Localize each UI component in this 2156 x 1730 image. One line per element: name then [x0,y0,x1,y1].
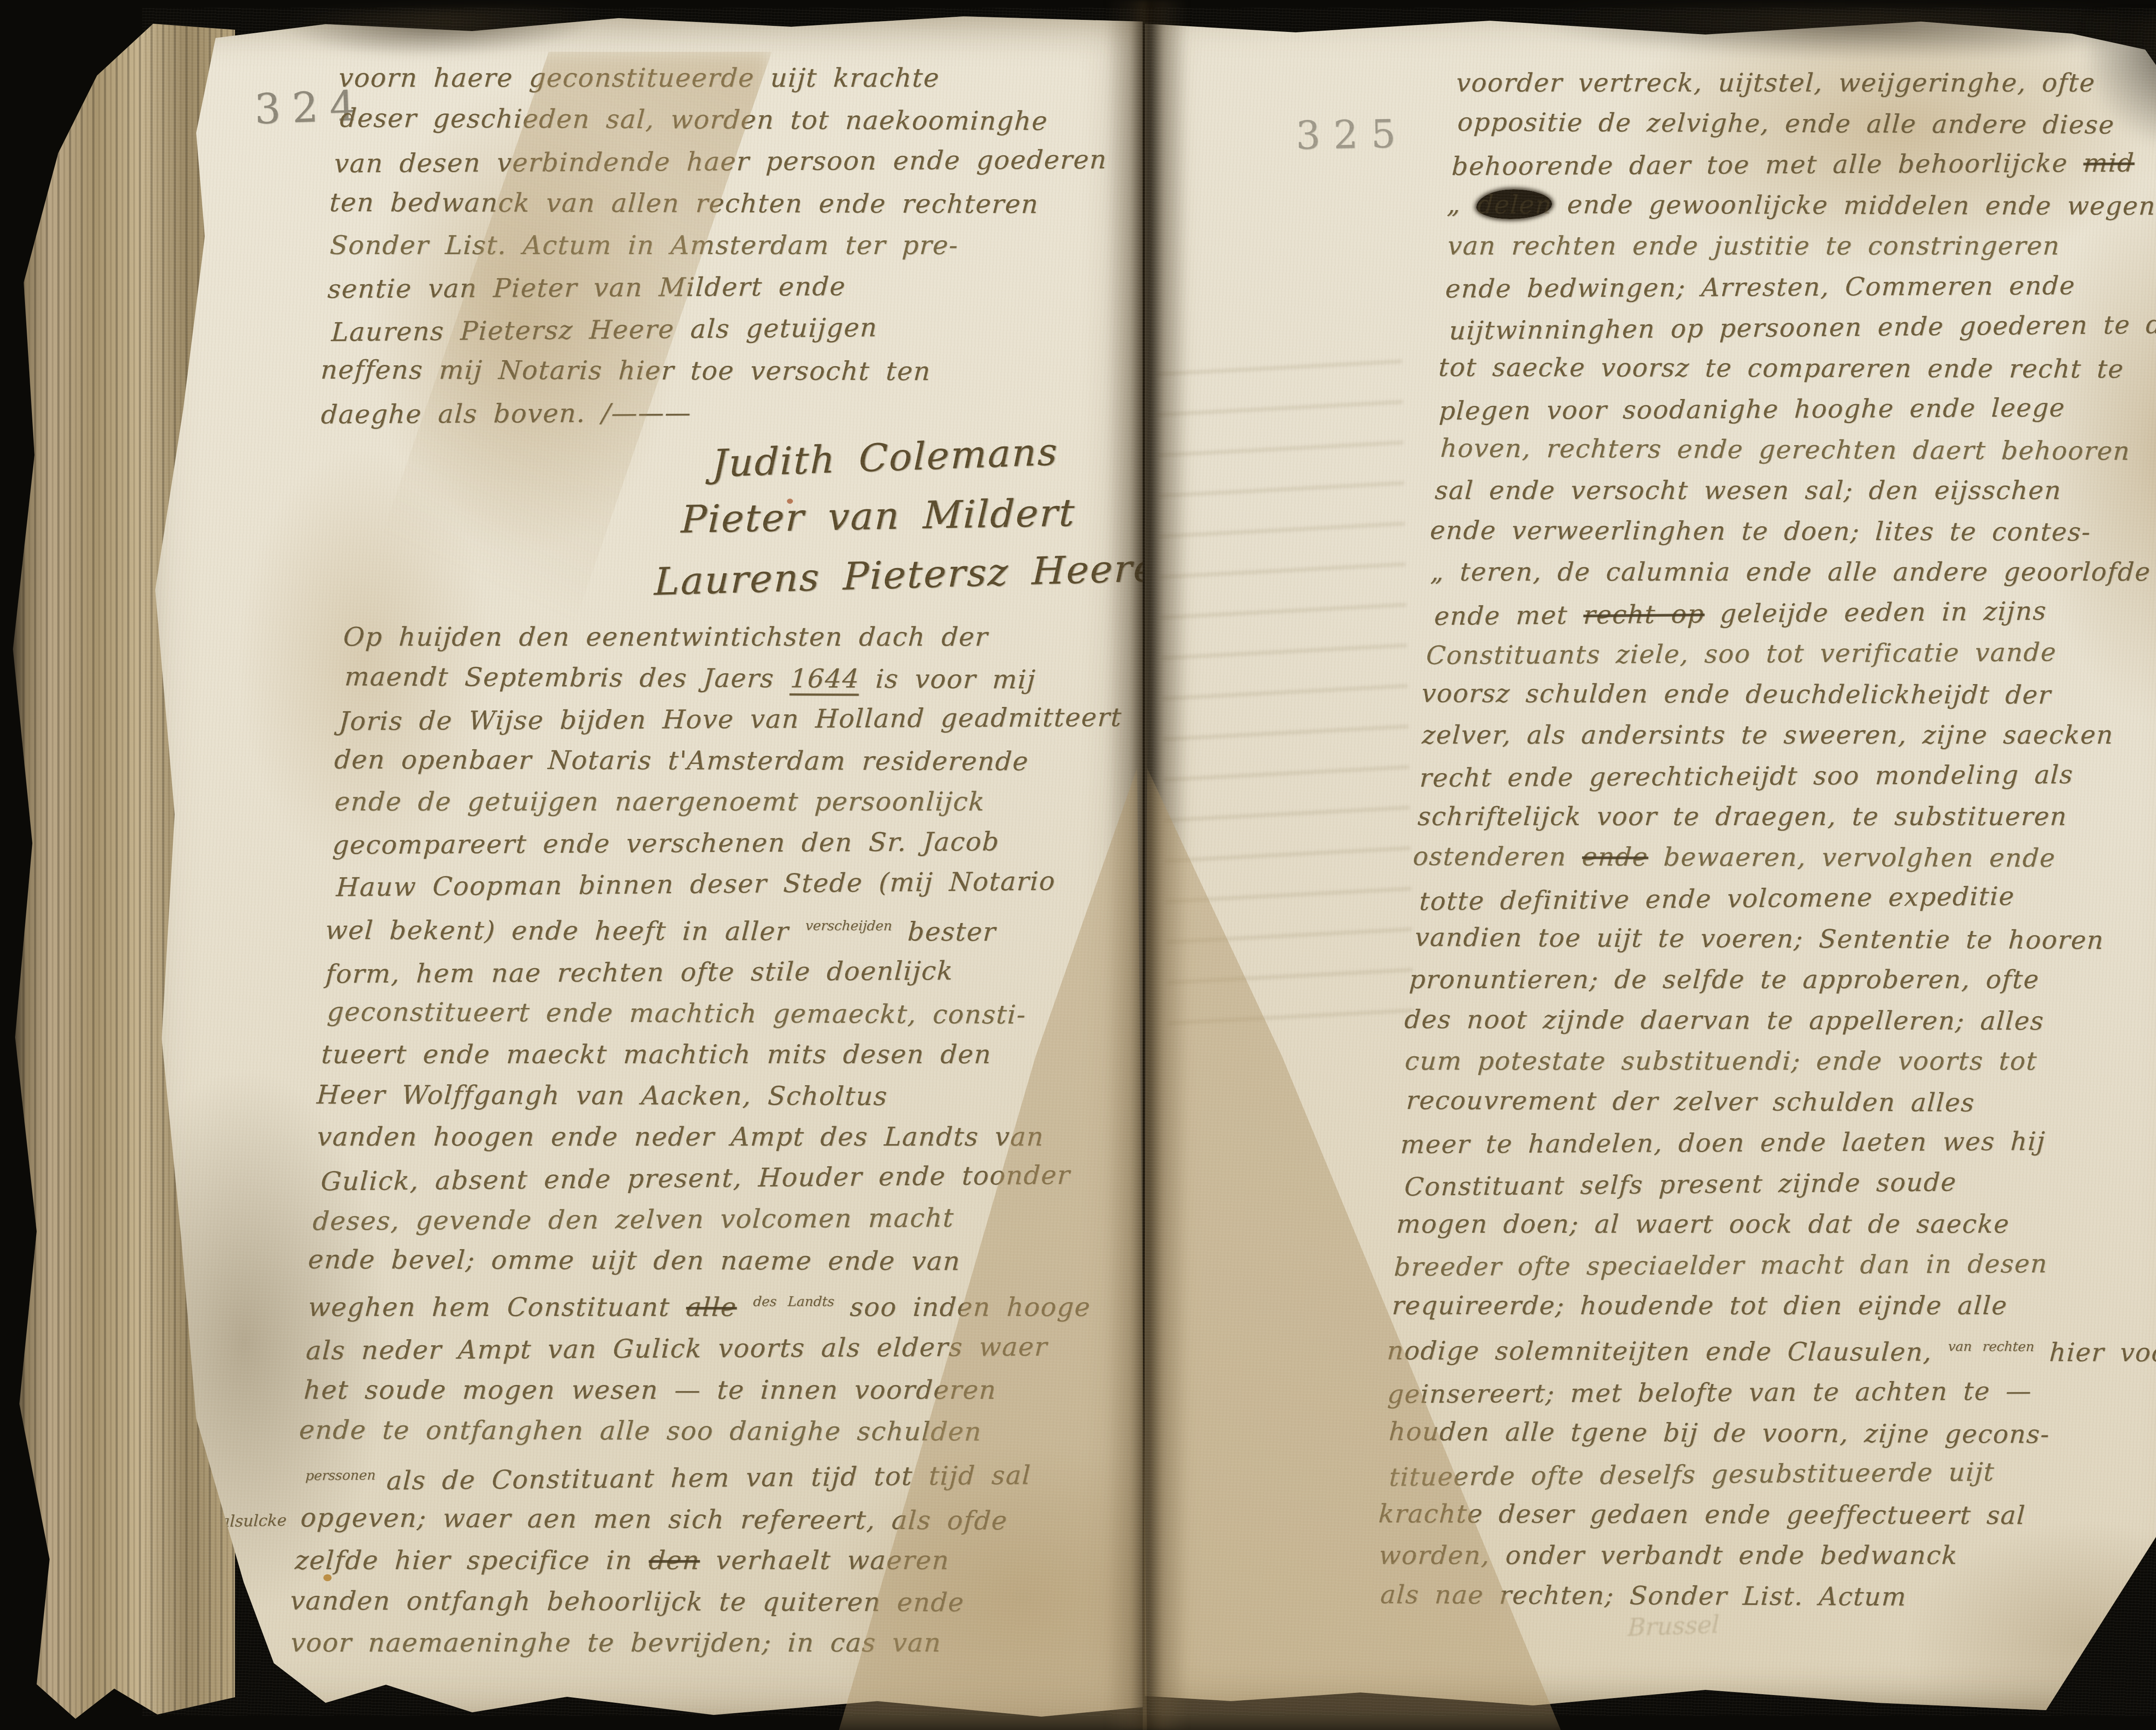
handwriting-line: meer te handelen, doen ende laeten wes h… [1400,1120,2156,1165]
handwriting-line: ende de getuijgen naergenoemt persoonlij… [334,782,1119,823]
handwriting-segment: hier voor [2033,1337,2156,1367]
handwriting-line: requireerde; houdende tot dien eijnde al… [1391,1285,2156,1326]
handwriting-line: deses, gevende den zelven volcomen macht [312,1197,1097,1243]
handwriting-line: behoorende daer toe met alle behoorlijck… [1451,142,2156,187]
handwriting-line: Gulick, absent ende present, Houder ende… [320,1155,1105,1203]
handwriting-line: Joris de Wijse bijden Hove van Holland g… [338,697,1123,742]
smudge-overlay [280,3,600,61]
handwriting-segment: sal ende versocht wesen sal; den eijssch… [1434,475,2062,505]
handwriting-line: recouvrement der zelver schulden alles [1405,1080,2156,1124]
handwriting-line: ende verweerlinghen te doen; lites te co… [1429,510,2156,553]
handwriting-segment: Gulick, absent ende present, Houder ende… [320,1160,1071,1197]
handwriting-segment: ende [1581,841,1649,871]
handwriting-segment: bewaeren, vervolghen ende [1648,842,2057,873]
handwriting-line: „ teren, de calumnia ende alle andere ge… [1429,552,2156,593]
handwriting-line: breeder ofte speciaelder macht dan in de… [1393,1243,2156,1287]
handwriting-segment: alle [685,1293,737,1323]
handwriting-line: Constituants ziele, soo tot verificatie … [1425,631,2156,676]
foxing-spot [323,1574,332,1581]
handwriting-segment: ende te ontfanghen alle soo danighe schu… [298,1415,983,1447]
handwriting-segment: ende verweerlinghen te doen; lites te co… [1429,515,2092,546]
handwriting-line: Hauw Coopman binnen deser Stede (mij Not… [335,860,1121,908]
handwriting-line: vanden hoogen ende neder Ampt des Landts… [316,1117,1101,1158]
handwriting-segment: uijtwinninghen op persoonen ende goedere… [1448,309,2156,345]
handwriting-line: Heer Wolffgangh van Aacken, Scholtus [316,1074,1101,1118]
handwriting-segment: recht ende gerechticheijdt soo mondeling… [1419,759,2074,792]
handwriting-line: tot saecke voorsz te compareren ende rec… [1438,347,2156,389]
handwriting-segment: ende de getuijgen naergenoemt persoonlij… [334,787,986,817]
handwriting-segment: Hauw Coopman binnen deser Stede (mij Not… [335,866,1056,903]
handwriting-line: voorder vertreck, uijtstel, weijgeringhe… [1455,63,2156,104]
handwriting-segment: geleijde eeden in zijns [1704,596,2048,628]
handwriting-segment: hoven, rechters ende gerechten daert beh… [1440,433,2131,466]
handwriting-line: geinsereert; met belofte van te achten t… [1386,1370,2156,1415]
handwriting-segment: vanden ontfangh behoorlijck te quiteren … [289,1586,965,1617]
handwriting-segment: Constituant selfs present zijnde soude [1404,1167,1957,1201]
handwriting-line: voorsz schulden ende deuchdelickheijdt d… [1420,673,2156,716]
handwriting-segment: voorsz schulden ende deuchdelickheijdt d… [1421,678,2052,710]
handwriting-segment: titueerde ofte deselfs gesubstitueerde u… [1388,1457,1995,1492]
smudge-overlay [2087,17,2156,160]
handwriting-line: schriftelijck voor te draegen, te substi… [1416,796,2156,837]
handwriting-segment: als neder Ampt van Gulick voorts als eld… [305,1332,1049,1366]
handwriting-segment: nodige solemniteijten ende Clausulen, [1386,1335,1949,1366]
handwriting-line: ende bedwingen; Arresten, Commeren ende [1445,264,2156,309]
handwriting-line: oppositie de zelvighe, ende alle andere … [1457,102,2156,146]
handwriting-segment: tueert ende maeckt machtich mits desen d… [321,1039,993,1070]
handwriting-line: zelver, als andersints te sweeren, zijne… [1421,715,2156,756]
handwriting-segment: ende met [1434,600,1584,631]
handwriting-line: ende met recht op geleijde eeden in zijn… [1433,589,2156,637]
handwriting-segment: houden alle tgene bij de voorn, zijne ge… [1388,1416,2051,1449]
handwriting-line: krachte deser gedaen ende geeffectueert … [1377,1493,2156,1536]
handwriting-line: „ delen ende gewoonlijcke middelen ende … [1446,184,2156,226]
handwriting-line: Laurens Pietersz Heere als getuijgen [330,305,1105,354]
handwriting-segment: den [648,1545,701,1576]
handwriting-segment: des Landts [753,1294,835,1309]
handwriting-line: pronuntieren; de selfde te approberen, o… [1408,959,2156,1000]
handwriting-segment: vanden hoogen ende neder Ampt des Landts… [317,1122,1045,1152]
handwriting-line: hoven, rechters ende gerechten daert beh… [1439,428,2156,472]
handwriting-line: form, hem nae rechten ofte stile doenlij… [325,950,1110,995]
handwriting-line: van rechten ende justitie te constringer… [1447,226,2156,267]
signature-line: Laurens Pietersz Heere [653,538,1158,612]
handwriting-segment: zelfde hier specifice in [294,1545,649,1576]
handwriting-segment: weghen hem Constituant [307,1293,687,1323]
photo-background: { "palette": { "background": "#0b0a07", … [0,0,2156,1730]
handwriting-segment: voor naemaeninghe te bevrijden; in cas v… [290,1628,942,1658]
handwriting-segment: breeder ofte speciaelder macht dan in de… [1393,1248,2048,1281]
handwriting-segment: recht op [1583,599,1705,629]
handwriting-line: worden, onder verbandt ende bedwanck [1378,1535,2156,1576]
handwriting-segment: totte definitive ende volcomene expediti… [1419,881,2015,916]
handwriting-segment: meer te handelen, doen ende laeten wes h… [1400,1126,2046,1159]
handwriting-segment: het soude mogen wesen — te innen voorder… [303,1375,997,1405]
handwriting-segment: Joris de Wijse bijden Hove van Holland g… [338,702,1123,737]
page-number-right: 325 [1295,111,1409,159]
handwriting-segment: behoorende daer toe met alle behoorlijck… [1451,148,2084,181]
handwriting-segment: verscheijden [805,918,893,934]
handwriting-line: geconstitueert ende machtich gemaeckt, c… [326,992,1111,1036]
handwriting-segment: Heer Wolffgangh van Aacken, Scholtus [316,1080,889,1111]
handwriting-segment: requireerde; houdende tot dien eijnde al… [1391,1290,2009,1320]
handwriting-segment: vandien toe uijt te voeren; Sententie te… [1414,922,2105,955]
handwriting-line: gecompareert ende verschenen den Sr. Jac… [332,821,1117,866]
handwriting-line: Constituant selfs present zijnde soude [1404,1159,2156,1207]
handwriting-segment: bester [891,917,997,947]
handwriting-segment: ostenderen [1412,841,1583,871]
handwriting-segment: „ teren, de calumnia ende alle andere ge… [1430,557,2152,587]
handwriting-segment: ende bedwingen; Arresten, Commeren ende [1445,270,2076,304]
handwriting-line: uijtwinninghen op persoonen ende goedere… [1448,304,2156,352]
handwriting-segment: geconstitueert ende machtich gemaeckt, c… [326,997,1027,1030]
smudge-overlay [1530,2,2117,62]
handwriting-line: tueert ende maeckt machtich mits desen d… [320,1034,1106,1076]
handwriting-line: sal ende versocht wesen sal; den eijssch… [1434,470,2156,511]
handwriting-line: wel bekent) ende heeft in aller verschei… [324,904,1109,953]
handwriting-line: sentie van Pieter van Mildert ende [326,264,1101,310]
right-text-block: voorder vertreck, uijtstel, weijgeringhe… [1376,63,2156,1617]
handwriting-segment: voorder vertreck, uijtstel, weijgeringhe… [1455,68,2096,97]
handwriting-segment: pronuntieren; de selfde te approberen, o… [1408,964,2040,994]
handwriting-segment: zelver, als andersints te sweeren, zijne… [1421,720,2115,750]
handwriting-segment: form, hem nae rechten ofte stile doenlij… [325,956,954,990]
handwriting-segment: des noot zijnde daervan te appelleren; a… [1404,1004,2045,1036]
handwriting-segment: ende gewoonlijcke middelen ende wegen [1551,189,2156,221]
handwriting-segment: Judith Colemans [712,429,1059,486]
handwriting-segment: van rechten ende justitie te constringer… [1447,231,2061,261]
handwriting-line: Sonder List. Actum in Amsterdam ter pre- [329,225,1103,267]
handwriting-segment: den openbaer Notaris t'Amsterdam resider… [333,744,1030,776]
handwriting-line: des noot zijnde daervan te appelleren; a… [1404,999,2156,1042]
handwriting-line: nodige solemniteijten ende Clausulen, va… [1386,1325,2156,1373]
handwriting-segment: 1644 [790,663,861,694]
handwriting-segment: mogen doen; al waert oock dat de saecke [1395,1209,2010,1239]
handwriting-line: titueerde ofte deselfs gesubstitueerde u… [1388,1450,2156,1498]
handwriting-segment: wel bekent) ende heeft in aller [325,915,806,946]
handwriting-line: plegen voor soodanighe hooghe ende leege [1438,386,2156,431]
handwriting-line: ostenderen ende bewaeren, vervolghen end… [1412,836,2156,879]
handwriting-segment: schriftelijck voor te draegen, te substi… [1417,801,2068,831]
handwriting-segment: Laurens Pietersz Heere [654,546,1158,604]
handwriting-segment: „ [1446,189,1477,219]
handwriting-segment: van rechten [1948,1339,2035,1354]
handwriting-segment: oppositie de zelvighe, ende alle andere … [1457,107,2115,140]
handwriting-line: vandien toe uijt te voeren; Sententie te… [1413,917,2156,961]
ink-blot: delen [1476,189,1553,219]
handwriting-segment [736,1293,754,1323]
handwriting-segment: is voor mij [859,664,1037,695]
handwriting-segment: tot saecke voorsz te compareren ende rec… [1438,352,2125,383]
handwriting-segment: ende bevel; omme uijt den naeme ende van [307,1244,962,1276]
handwriting-line: houden alle tgene bij de voorn, zijne ge… [1388,1411,2156,1456]
signature-block: Judith ColemansPieter van MildertLaurens… [653,426,1165,605]
handwriting-segment: plegen voor soodanighe hooghe ende leege [1438,392,2066,426]
handwriting-segment: geinsereert; met belofte van te achten t… [1387,1376,2033,1409]
handwriting-line: den openbaer Notaris t'Amsterdam resider… [333,739,1119,782]
handwriting-segment: cum potestate substituendi; ende voorts … [1404,1046,2038,1076]
signature-line: Pieter van Mildert [680,481,1161,549]
handwriting-segment: Pieter van Mildert [680,490,1076,542]
handwriting-segment: deses, gevende den zelven volcomen macht [312,1203,955,1237]
handwriting-segment: gecompareert ende verschenen den Sr. Jac… [332,826,1000,860]
bleedthrough-signature: Brussel [1627,1611,1720,1642]
ink-fleck [787,499,793,504]
handwriting-line: cum potestate substituendi; ende voorts … [1404,1041,2156,1082]
handwriting-segment: Constituants ziele, soo tot verificatie … [1426,637,2057,670]
handwriting-segment: perssonen [305,1467,387,1484]
handwriting-line: recht ende gerechticheijdt soo mondeling… [1419,754,2156,798]
handwriting-line: totte definitive ende volcomene expediti… [1418,874,2156,922]
handwriting-line: mogen doen; al waert oock dat de saecke [1395,1204,2156,1245]
handwriting-segment: recouvrement der zelver schulden alles [1405,1085,1976,1118]
